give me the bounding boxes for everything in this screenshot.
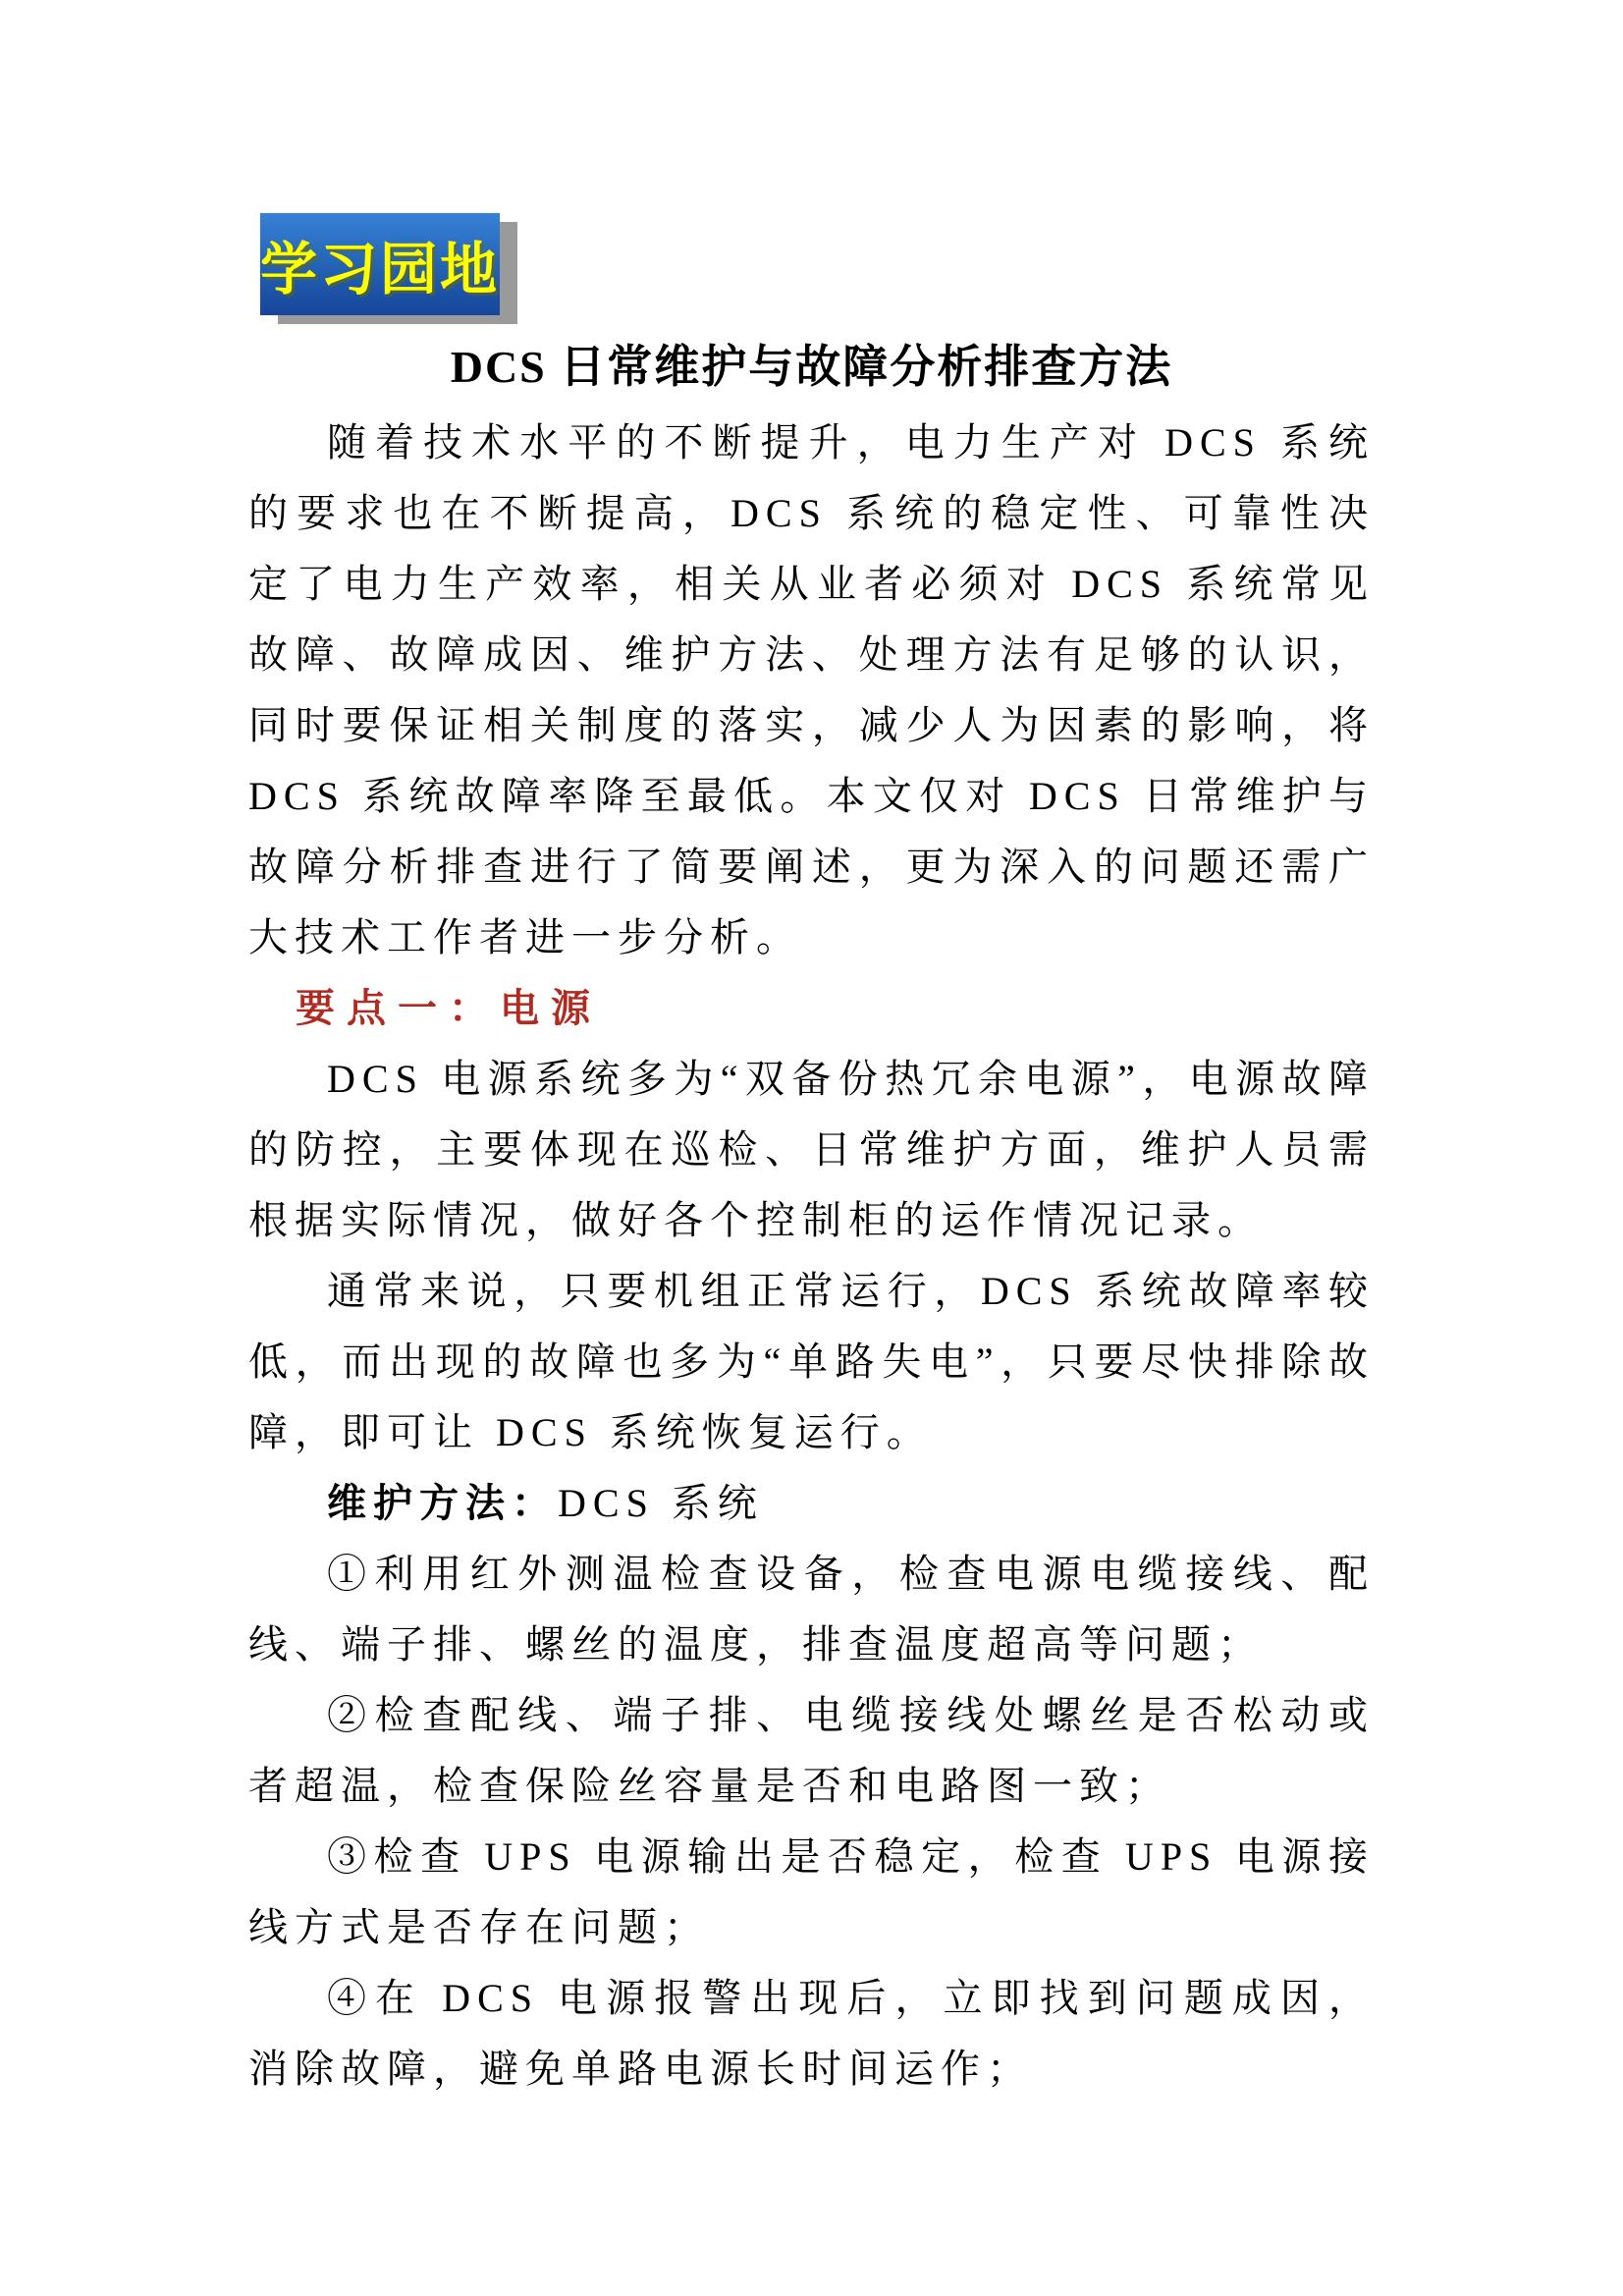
power-paragraph-2: 通常来说，只要机组正常运行，DCS 系统故障率较低，而出现的故障也多为“单路失电… <box>248 1256 1375 1468</box>
document-title: DCS 日常维护与故障分析排查方法 <box>248 331 1375 404</box>
maintenance-item-2: ②检查配线、端子排、电缆接线处螺丝是否松动或者超温，检查保险丝容量是否和电路图一… <box>248 1680 1375 1822</box>
maintenance-method-value: DCS 系统 <box>558 1481 764 1525</box>
maintenance-item-4: ④在 DCS 电源报警出现后，立即找到问题成因，消除故障，避免单路电源长时间运作… <box>248 1963 1375 2105</box>
section-heading-power: 要点一：电源 <box>248 973 1375 1044</box>
maintenance-method-line: 维护方法：DCS 系统 <box>248 1468 1375 1539</box>
intro-paragraph: 随着技术水平的不断提升，电力生产对 DCS 系统的要求也在不断提高，DCS 系统… <box>248 408 1375 973</box>
maintenance-item-3: ③检查 UPS 电源输出是否稳定，检查 UPS 电源接线方式是否存在问题； <box>248 1822 1375 1963</box>
document-page: 学习园地 DCS 日常维护与故障分析排查方法 随着技术水平的不断提升，电力生产对… <box>0 0 1623 2296</box>
maintenance-item-1: ①利用红外测温检查设备，检查电源电缆接线、配线、端子排、螺丝的温度，排查温度超高… <box>248 1539 1375 1680</box>
power-paragraph-1: DCS 电源系统多为“双备份热冗余电源”，电源故障的防控，主要体现在巡检、日常维… <box>248 1044 1375 1256</box>
badge-label: 学习园地 <box>260 223 500 305</box>
maintenance-method-label: 维护方法： <box>327 1482 558 1525</box>
learning-garden-badge: 学习园地 <box>260 213 500 315</box>
